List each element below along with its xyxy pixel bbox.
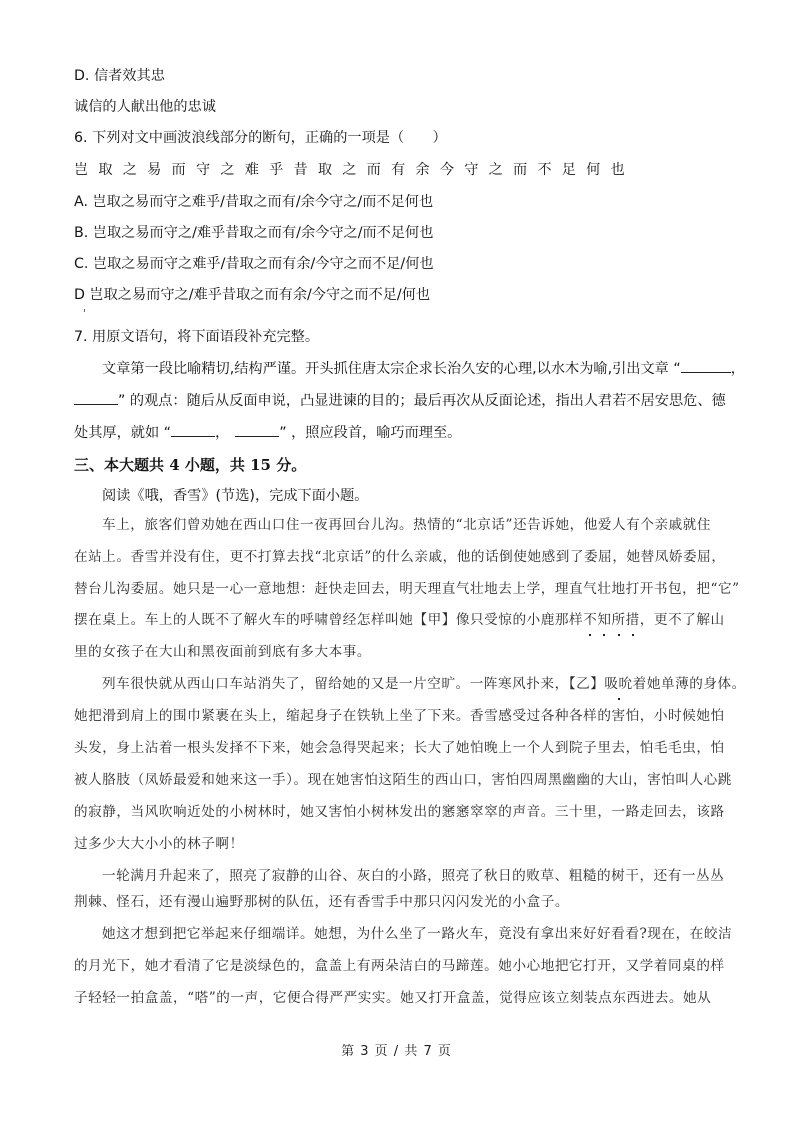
exam-page: D. 信者效其忠 诚信的人献出他的忠诚 6. 下列对文中画波浪线部分的断句，正确… [0,0,793,1122]
q7-line-3: 处其厚，就如 “，” ，照应段首，喻巧而理至。 [74,422,461,443]
q7-line-3-comma: ， [215,425,229,441]
q6-option-a: A. 岂取之易而守之难乎/昔取之而有/余今守之/而不足何也 [74,192,433,212]
passage-p1-line-3: 替台儿沟委屈。她只是一心一意地想：赶快走回去，明天理直气壮地去上学，理直气壮地打… [74,579,740,599]
passage-p2-line-1-text: 列车很快就从西山口车站消失了，留给她的又是一片空旷。一阵寒风扑来，【乙】 [102,676,604,692]
passage-p1-line-4-end: ，更不了解山 [640,612,725,628]
passage-p2-line-4: 被人胳肢（凤娇最爱和她来这一手）。现在她害怕这陌生的西山口，害怕四周黑幽幽的大山… [74,770,732,790]
passage-p2-line-1: 列车很快就从西山口车站消失了，留给她的又是一片空旷。一阵寒风扑来，【乙】吸吮着她… [102,674,746,694]
q7-line-2-text: ” 的观点：随后从反面申说，凸显进谏的目的；最后再次从反面论述，指出人君若不居安… [118,393,726,409]
fill-blank-3[interactable] [171,422,215,437]
section-3-heading: 三、本大题共 4 小题，共 15 分。 [74,455,306,475]
q7-stem: 7. 用原文语句，将下面语段补充完整。 [74,327,319,347]
passage-p3-line-1: 一轮满月升起来了，照亮了寂静的山谷、灰白的小路，照亮了秋日的败草、粗糙的树干，还… [102,866,724,886]
emphasis-dotted-phrase: 不知所措 [583,612,640,628]
section-3-intro: 阅读《哦，香雪》(节选)，完成下面小题。 [102,486,368,506]
emphasized-word: 吸吮 [604,674,632,694]
passage-p3-line-2: 荆棘、怪石，还有漫山遍野那树的队伍，还有香雪手中那只闪闪发光的小盒子。 [74,892,569,912]
passage-p4-line-3: 子轻轻一拍盒盖，“嗒”的一声，它便合得严严实实。她又打开盒盖，觉得应该立刻装点东… [74,988,711,1008]
passage-p1-line-1: 车上，旅客们曾劝她在西山口住一夜再回台儿沟。热情的“北京话”还告诉她，他爱人有个… [102,515,711,535]
q7-line-1-comma: ， [731,361,745,377]
passage-p1-line-5: 里的女孩子在大山和黑夜面前到底有多大本事。 [74,642,371,662]
emphasized-char: 措 [626,610,640,630]
q6-option-d: D 岂取之易而守之/难乎昔取之而有余/今守之而不足/何也 [74,285,430,305]
emphasized-char: 所 [611,610,625,630]
passage-p2-line-3: 头发，身上沾着一根头发择不下来，她会急得哭起来；长大了她怕晚上一个人到院子里去，… [74,738,725,758]
emphasized-char: 不 [583,610,597,630]
passage-p1-line-4-text: 摆在桌上。车上的人既不了解火车的呼啸曾经怎样叫她【甲】像只受惊的小鹿那样 [74,612,583,628]
page-number-footer: 第 3 页 / 共 7 页 [0,1040,793,1059]
emphasized-char: 知 [597,610,611,630]
q7-line-1-text: 文章第一段比喻精切,结构严谨。开头抓住唐太宗企求长治久安的心理,以水木为喻,引出… [102,361,681,377]
passage-p1-line-2: 在站上。香雪并没有住，更不打算去找“北京话”的什么亲戚，他的话倒使她感到了委屈，… [74,547,725,567]
q5-option-d: D. 信者效其忠 [74,66,165,86]
passage-p2-line-1-end: 着她单薄的身体。 [633,676,746,692]
passage-p4-line-2: 的月光下，她才看清了它是淡绿色的，盒盖上有两朵洁白的马蹄莲。她小心地把它打开，又… [74,956,725,976]
q7-line-3-start: 处其厚，就如 “ [74,425,171,441]
stray-mark [84,309,85,312]
q6-sentence: 岂取之易而守之难乎昔取之而有余今守之而不足何也 [74,160,635,180]
fill-blank-1[interactable] [681,358,731,373]
passage-p2-line-5: 的寂静，当风吹响近处的小树林时，她又害怕小树林发出的窸窸窣窣的声音。三十里，一路… [74,802,725,822]
passage-p1-line-4: 摆在桌上。车上的人既不了解火车的呼啸曾经怎样叫她【甲】像只受惊的小鹿那样不知所措… [74,610,725,630]
q5-option-d-translation: 诚信的人献出他的忠诚 [74,97,216,117]
q7-line-3-end: ” ，照应段首，喻巧而理至。 [279,425,461,441]
fill-blank-4[interactable] [235,422,279,437]
q7-line-1: 文章第一段比喻精切,结构严谨。开头抓住唐太宗企求长治久安的心理,以水木为喻,引出… [102,358,745,379]
passage-p4-line-1: 她这才想到把它举起来仔细端详。她想，为什么坐了一路火车，竟没有拿出来好好看看?现… [102,924,732,944]
q6-option-c: C. 岂取之易而守之难乎/昔取之而有余/今守之而不足/何也 [74,254,434,274]
q6-option-b: B. 岂取之易而守之/难乎昔取之而有/余今守之/而不足何也 [74,223,433,243]
q6-stem: 6. 下列对文中画波浪线部分的断句，正确的一项是（ ） [74,128,447,148]
passage-p2-line-6: 过多少大大小小的林子啊！ [74,834,244,854]
q7-line-2: ” 的观点：随后从反面申说，凸显进谏的目的；最后再次从反面论述，指出人君若不居安… [74,390,726,411]
passage-p2-line-2: 她把滑到肩上的围巾紧裹在头上，缩起身子在铁轨上坐了下来。香雪感受过各种各样的害怕… [74,706,725,726]
fill-blank-2[interactable] [74,390,118,405]
